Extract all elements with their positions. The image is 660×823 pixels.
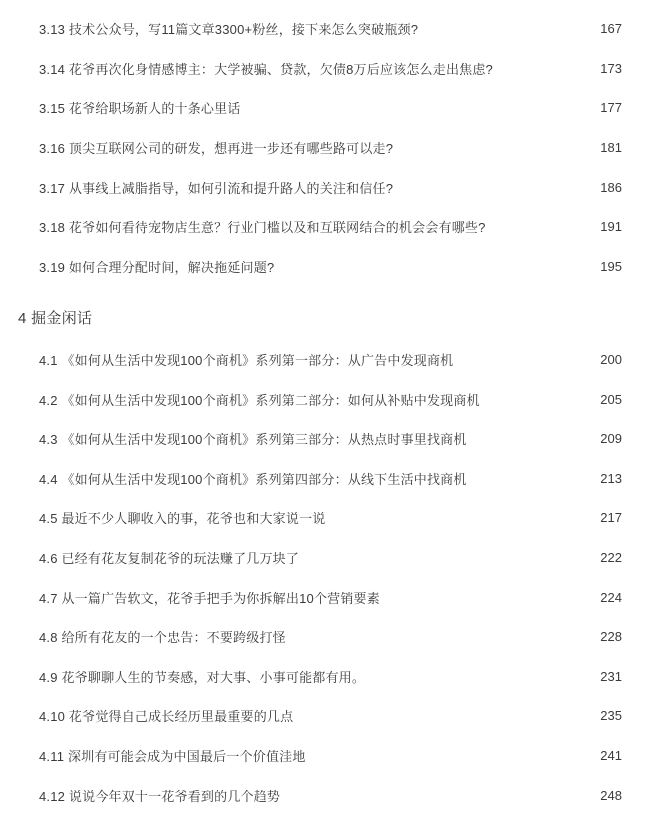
toc-entry-4-4[interactable]: 4.4 《如何从生活中发现100个商机》系列第四部分：从线下生活中找商机 213: [0, 459, 660, 499]
toc-entry-title: 4.10 花爷觉得自己成长经历里最重要的几点: [39, 706, 293, 725]
toc-entry-3-19[interactable]: 3.19 如何合理分配时间，解决拖延问题? 195: [0, 247, 660, 287]
toc-entry-page: 213: [600, 471, 622, 486]
toc-entry-title: 3.15 花爷给职场新人的十条心里话: [39, 98, 241, 117]
table-of-contents: 3.13 技术公众号，写11篇文章3300+粉丝，接下来怎么突破瓶颈? 167 …: [0, 0, 660, 815]
toc-entry-page: 248: [600, 788, 622, 803]
toc-entry-title: 4.11 深圳有可能会成为中国最后一个价值洼地: [39, 746, 306, 765]
toc-entry-3-13[interactable]: 3.13 技术公众号，写11篇文章3300+粉丝，接下来怎么突破瓶颈? 167: [0, 9, 660, 49]
toc-entry-4-7[interactable]: 4.7 从一篇广告软文，花爷手把手为你拆解出10个营销要素 224: [0, 577, 660, 617]
toc-entry-title: 3.16 顶尖互联网公司的研发，想再进一步还有哪些路可以走?: [39, 138, 393, 157]
toc-entry-page: 224: [600, 590, 622, 605]
toc-entry-title: 4.8 给所有花友的一个忠告：不要跨级打怪: [39, 627, 286, 646]
toc-entry-3-18[interactable]: 3.18 花爷如何看待宠物店生意？行业门槛以及和互联网结合的机会会有哪些? 19…: [0, 207, 660, 247]
toc-entry-title: 4.9 花爷聊聊人生的节奏感，对大事、小事可能都有用。: [39, 667, 365, 686]
toc-entry-4-9[interactable]: 4.9 花爷聊聊人生的节奏感，对大事、小事可能都有用。 231: [0, 657, 660, 697]
toc-entry-page: 217: [600, 510, 622, 525]
toc-entry-4-8[interactable]: 4.8 给所有花友的一个忠告：不要跨级打怪 228: [0, 617, 660, 657]
toc-entry-title: 4.7 从一篇广告软文，花爷手把手为你拆解出10个营销要素: [39, 588, 380, 607]
toc-entry-4-3[interactable]: 4.3 《如何从生活中发现100个商机》系列第三部分：从热点时事里找商机 209: [0, 419, 660, 459]
toc-entry-4-5[interactable]: 4.5 最近不少人聊收入的事，花爷也和大家说一说 217: [0, 498, 660, 538]
toc-entry-title: 4.6 已经有花友复制花爷的玩法赚了几万块了: [39, 548, 299, 567]
toc-entry-page: 241: [600, 748, 622, 763]
toc-entry-title: 4.5 最近不少人聊收入的事，花爷也和大家说一说: [39, 508, 325, 527]
toc-entry-page: 181: [600, 140, 622, 155]
toc-entry-4-6[interactable]: 4.6 已经有花友复制花爷的玩法赚了几万块了 222: [0, 538, 660, 578]
toc-entry-page: 195: [600, 259, 622, 274]
toc-entry-page: 173: [600, 61, 622, 76]
toc-entry-page: 235: [600, 708, 622, 723]
toc-entry-title: 4.3 《如何从生活中发现100个商机》系列第三部分：从热点时事里找商机: [39, 429, 467, 448]
toc-entry-page: 177: [600, 100, 622, 115]
toc-entry-3-17[interactable]: 3.17 从事线上减脂指导，如何引流和提升路人的关注和信任? 186: [0, 167, 660, 207]
toc-entry-page: 228: [600, 629, 622, 644]
toc-entry-title: 4.12 说说今年双十一花爷看到的几个趋势: [39, 786, 280, 805]
toc-entry-page: 209: [600, 431, 622, 446]
toc-entry-4-11[interactable]: 4.11 深圳有可能会成为中国最后一个价值洼地 241: [0, 736, 660, 776]
toc-entry-4-2[interactable]: 4.2 《如何从生活中发现100个商机》系列第二部分：如何从补贴中发现商机 20…: [0, 379, 660, 419]
toc-entry-title: 4.1 《如何从生活中发现100个商机》系列第一部分：从广告中发现商机: [39, 350, 453, 369]
toc-entry-4-10[interactable]: 4.10 花爷觉得自己成长经历里最重要的几点 235: [0, 696, 660, 736]
section-heading-4: 4 掘金闲话: [0, 298, 660, 338]
toc-entry-page: 231: [600, 669, 622, 684]
toc-entry-3-14[interactable]: 3.14 花爷再次化身情感博主：大学被骗、贷款，欠债8万后应该怎么走出焦虑? 1…: [0, 49, 660, 89]
toc-entry-title: 3.17 从事线上减脂指导，如何引流和提升路人的关注和信任?: [39, 178, 393, 197]
toc-entry-page: 167: [600, 21, 622, 36]
toc-entry-title: 4.4 《如何从生活中发现100个商机》系列第四部分：从线下生活中找商机: [39, 469, 467, 488]
toc-entry-title: 4.2 《如何从生活中发现100个商机》系列第二部分：如何从补贴中发现商机: [39, 390, 480, 409]
toc-entry-title: 3.14 花爷再次化身情感博主：大学被骗、贷款，欠债8万后应该怎么走出焦虑?: [39, 59, 493, 78]
toc-entry-page: 186: [600, 180, 622, 195]
toc-entry-title: 3.19 如何合理分配时间，解决拖延问题?: [39, 257, 274, 276]
toc-entry-page: 191: [600, 219, 622, 234]
toc-entry-4-12[interactable]: 4.12 说说今年双十一花爷看到的几个趋势 248: [0, 775, 660, 815]
toc-entry-4-1[interactable]: 4.1 《如何从生活中发现100个商机》系列第一部分：从广告中发现商机 200: [0, 340, 660, 380]
toc-entry-page: 205: [600, 392, 622, 407]
toc-entry-page: 200: [600, 352, 622, 367]
toc-entry-3-16[interactable]: 3.16 顶尖互联网公司的研发，想再进一步还有哪些路可以走? 181: [0, 128, 660, 168]
toc-entry-title: 3.13 技术公众号，写11篇文章3300+粉丝，接下来怎么突破瓶颈?: [39, 19, 418, 38]
toc-entry-3-15[interactable]: 3.15 花爷给职场新人的十条心里话 177: [0, 88, 660, 128]
toc-entry-page: 222: [600, 550, 622, 565]
toc-entry-title: 3.18 花爷如何看待宠物店生意？行业门槛以及和互联网结合的机会会有哪些?: [39, 217, 486, 236]
